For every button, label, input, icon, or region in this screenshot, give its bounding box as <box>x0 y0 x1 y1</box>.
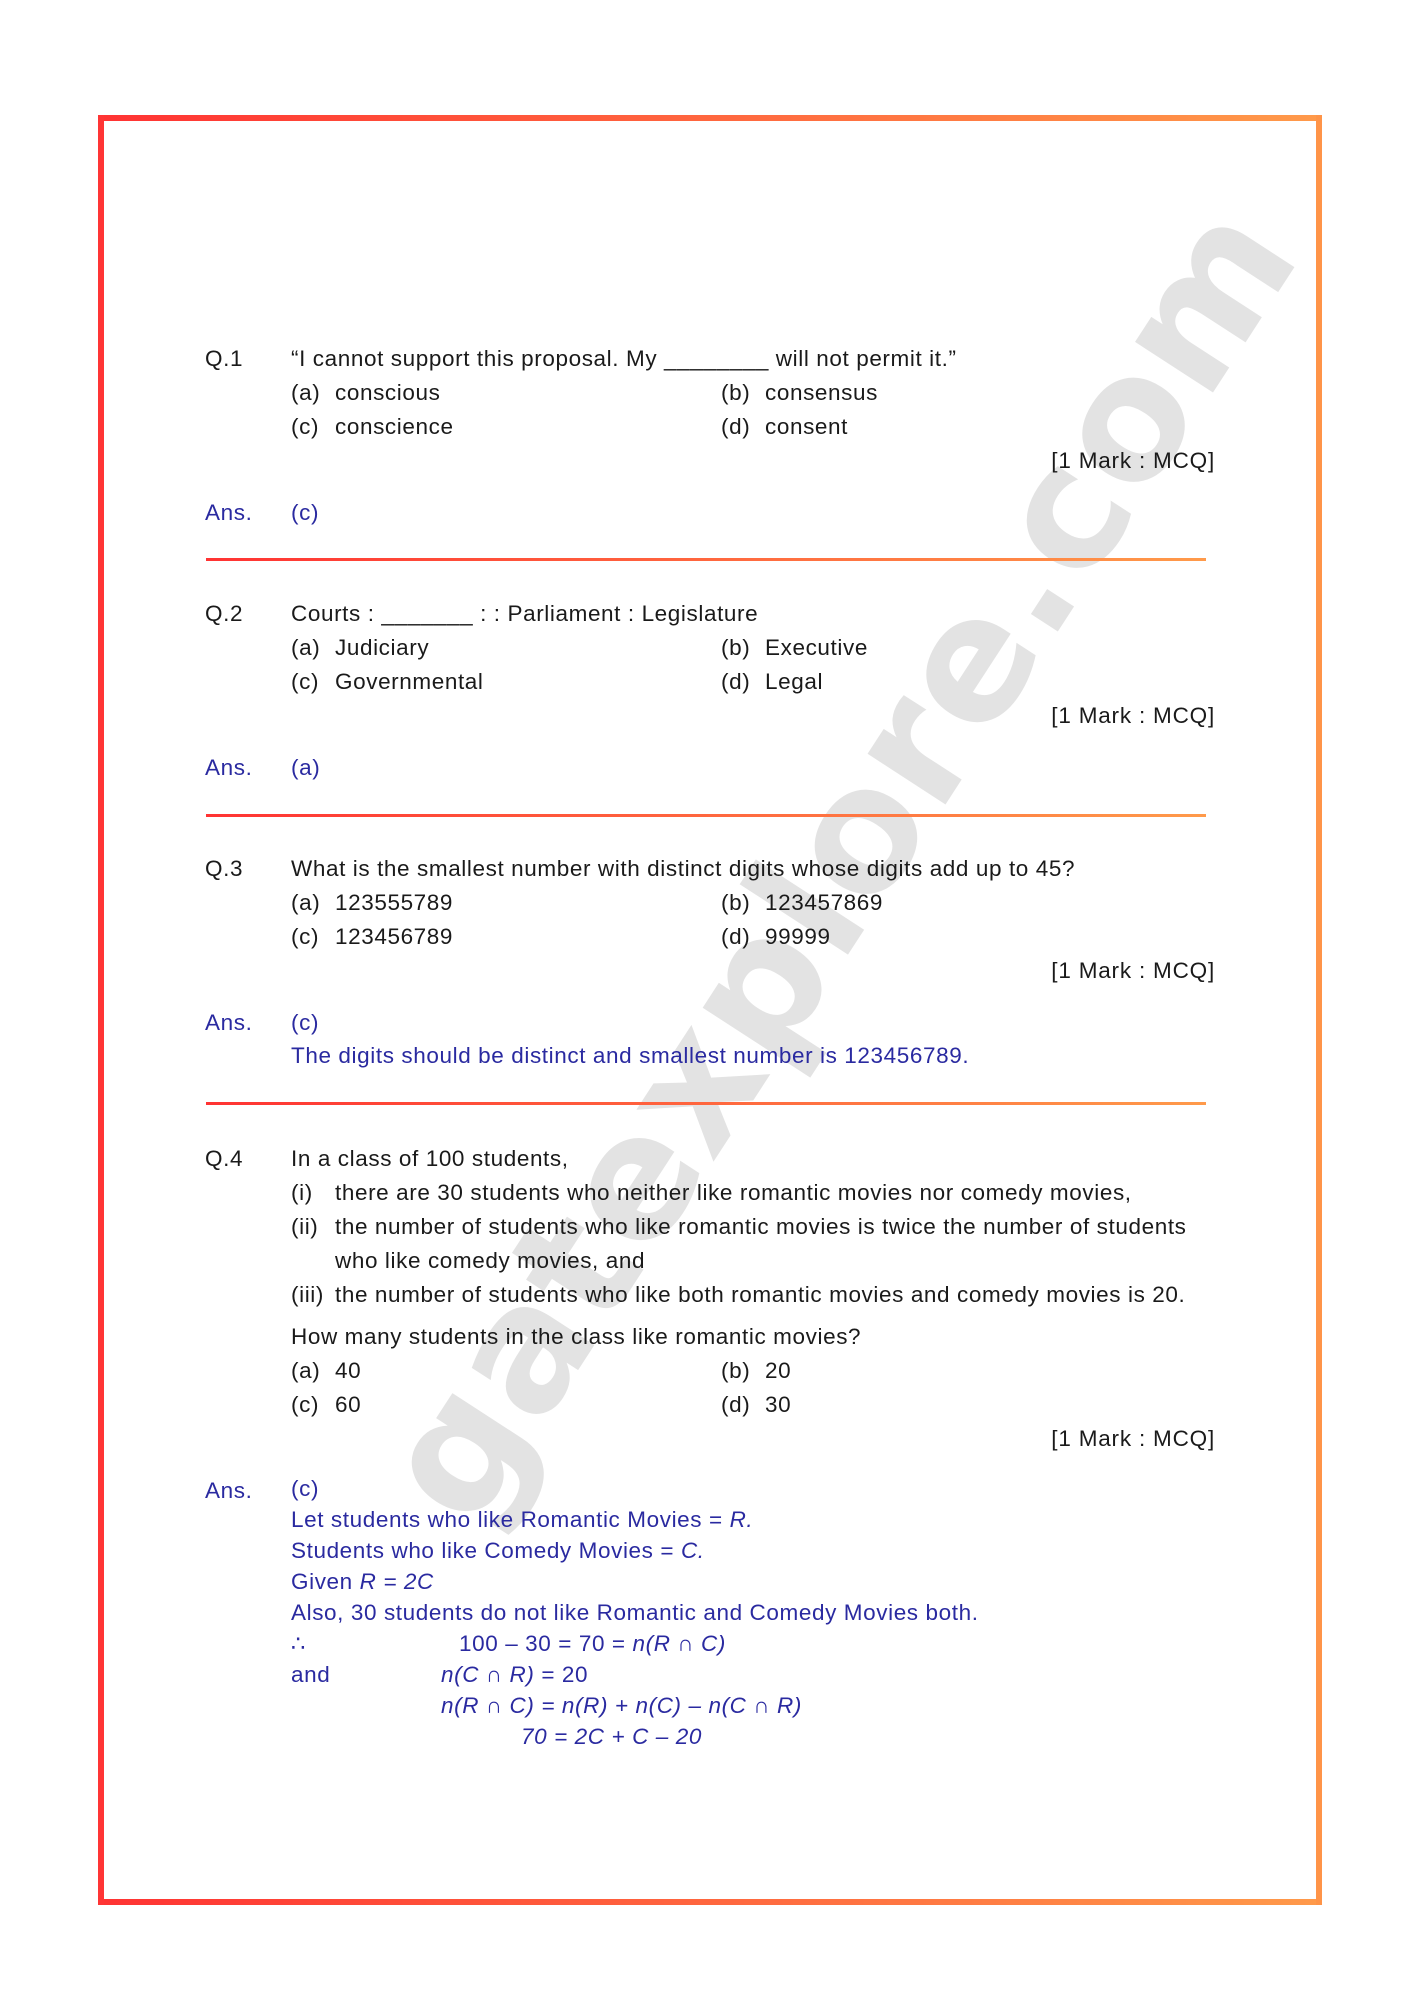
answer-choice: (c) <box>291 1474 1215 1504</box>
mark-badge: [1 Mark : MCQ] <box>205 954 1215 988</box>
solution-line-3: Given R = 2C <box>291 1566 1215 1597</box>
options: (a)Judiciary (b)Executive (c)Governmenta… <box>291 631 1215 699</box>
page-border-top <box>98 115 1322 121</box>
solution-line-4: Also, 30 students do not like Romantic a… <box>291 1597 1215 1628</box>
page-border-right <box>1316 115 1322 1905</box>
options: (a)123555789 (b)123457869 (c)123456789 (… <box>291 886 1215 954</box>
answer: Ans. (c) <box>205 496 1215 530</box>
question-stem: Courts : _______ : : Parliament : Legisl… <box>291 597 1215 631</box>
question-3: Q.3 What is the smallest number with dis… <box>205 852 1215 1071</box>
answer-choice: (c) <box>291 1006 1215 1040</box>
option-c: (c)conscience <box>291 410 721 444</box>
answer-choice: (a) <box>291 751 1215 785</box>
condition-iii: (iii)the number of students who like bot… <box>291 1278 1215 1312</box>
answer: Ans. (c) Let students who like Romantic … <box>205 1474 1215 1752</box>
solution-eq-1: ∴ 100 – 30 = 70 = n(R ∩ C) <box>291 1628 1215 1659</box>
divider <box>206 814 1206 817</box>
condition-ii: (ii)the number of students who like roma… <box>291 1210 1215 1244</box>
options: (a)conscious (b)consensus (c)conscience … <box>291 376 1215 444</box>
option-d: (d)99999 <box>721 920 1151 954</box>
option-b: (b)Executive <box>721 631 1151 665</box>
option-c: (c)60 <box>291 1388 721 1422</box>
option-c: (c)Governmental <box>291 665 721 699</box>
answer: Ans. (a) <box>205 751 1215 785</box>
question-2: Q.2 Courts : _______ : : Parliament : Le… <box>205 597 1215 785</box>
option-d: (d)30 <box>721 1388 1151 1422</box>
divider <box>206 558 1206 561</box>
question-number: Q.1 <box>205 342 243 376</box>
option-d: (d)consent <box>721 410 1151 444</box>
option-b: (b)123457869 <box>721 886 1151 920</box>
option-a: (a)123555789 <box>291 886 721 920</box>
question-number: Q.3 <box>205 852 243 886</box>
condition-i: (i)there are 30 students who neither lik… <box>291 1176 1215 1210</box>
answer-label: Ans. <box>205 751 252 785</box>
question-prompt: How many students in the class like roma… <box>291 1320 1215 1354</box>
question-stem: “I cannot support this proposal. My ____… <box>291 342 1215 376</box>
answer: Ans. (c) The digits should be distinct a… <box>205 1006 1215 1071</box>
question-1: Q.1 “I cannot support this proposal. My … <box>205 342 1215 530</box>
solution-line-1: Let students who like Romantic Movies = … <box>291 1504 1215 1535</box>
mark-badge: [1 Mark : MCQ] <box>205 1422 1215 1456</box>
solution-eq-2: and n(C ∩ R) = 20 <box>291 1659 1215 1690</box>
answer-label: Ans. <box>205 1474 252 1508</box>
option-b: (b)consensus <box>721 376 1151 410</box>
solution-line-2: Students who like Comedy Movies = C. <box>291 1535 1215 1566</box>
solution-eq-3: n(R ∩ C) = n(R) + n(C) – n(C ∩ R) <box>291 1690 1215 1721</box>
page-border-bottom <box>98 1899 1322 1905</box>
question-stem: In a class of 100 students, <box>291 1142 1215 1176</box>
question-stem: What is the smallest number with distinc… <box>291 852 1215 886</box>
options: (a)40 (b)20 (c)60 (d)30 <box>291 1354 1215 1422</box>
option-c: (c)123456789 <box>291 920 721 954</box>
answer-explanation: The digits should be distinct and smalle… <box>291 1040 1215 1071</box>
answer-label: Ans. <box>205 496 252 530</box>
option-a: (a)conscious <box>291 376 721 410</box>
question-4: Q.4 In a class of 100 students, (i)there… <box>205 1142 1215 1752</box>
solution-eq-4: 70 = 2C + C – 20 <box>291 1721 1215 1752</box>
divider <box>206 1102 1206 1105</box>
condition-ii-cont: who like comedy movies, and <box>291 1244 1215 1278</box>
page-border-left <box>98 115 104 1905</box>
answer-choice: (c) <box>291 496 1215 530</box>
option-a: (a)Judiciary <box>291 631 721 665</box>
therefore-symbol: ∴ <box>291 1628 306 1659</box>
option-b: (b)20 <box>721 1354 1151 1388</box>
option-d: (d)Legal <box>721 665 1151 699</box>
option-a: (a)40 <box>291 1354 721 1388</box>
question-number: Q.2 <box>205 597 243 631</box>
answer-label: Ans. <box>205 1006 252 1040</box>
mark-badge: [1 Mark : MCQ] <box>205 699 1215 733</box>
question-number: Q.4 <box>205 1142 243 1176</box>
mark-badge: [1 Mark : MCQ] <box>205 444 1215 478</box>
